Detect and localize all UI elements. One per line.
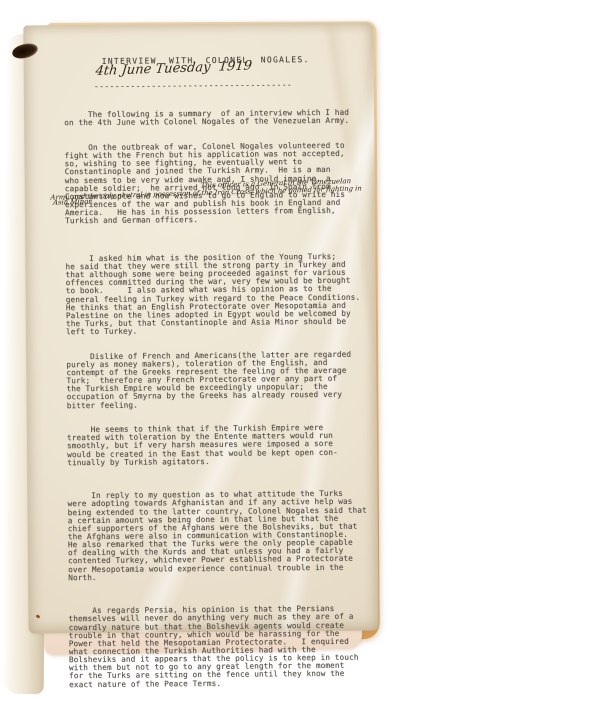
handwritten-annotation-line3: Asia Minor. [53, 198, 94, 207]
typed-page: INTERVIEW WITH COLONEL NOGALES. 4th June… [23, 22, 378, 633]
document-photo: INTERVIEW WITH COLONEL NOGALES. 4th June… [0, 0, 600, 710]
typed-paragraph: In reply to my question as to what attit… [67, 490, 370, 582]
typed-paragraph: Dislike of French and Americans(the latt… [66, 350, 368, 410]
typed-paragraph: I asked him what is the position of the … [65, 252, 368, 336]
typed-paragraph: The following is a summary of an intervi… [64, 109, 366, 128]
typed-paragraph: As regards Persia, his opinion is that t… [68, 605, 371, 689]
date-underline: -------------------------------------- [94, 80, 292, 91]
typed-paragraph: He seems to think that if the Turkish Em… [67, 424, 369, 467]
